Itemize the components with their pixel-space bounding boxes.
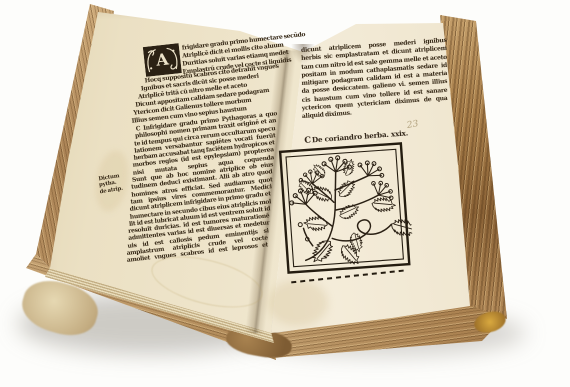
handwritten-annotation: 23 [406, 119, 419, 131]
initial-letter: A [143, 47, 181, 73]
left-page-text-block: A frigidare gradu primo humectare secūdo… [120, 42, 295, 264]
marginal-note: Dictum pytha. de atrip. [98, 174, 126, 195]
decorated-initial-woodcut: A [143, 43, 182, 77]
right-page-text-block: dicunt atriplicem posse mederi ignibus s… [301, 45, 448, 122]
book-photograph: A frigidare gradu primo humectare secūdo… [0, 0, 570, 387]
capitulum-mark: C [304, 136, 311, 146]
coriander-woodcut [278, 141, 415, 290]
